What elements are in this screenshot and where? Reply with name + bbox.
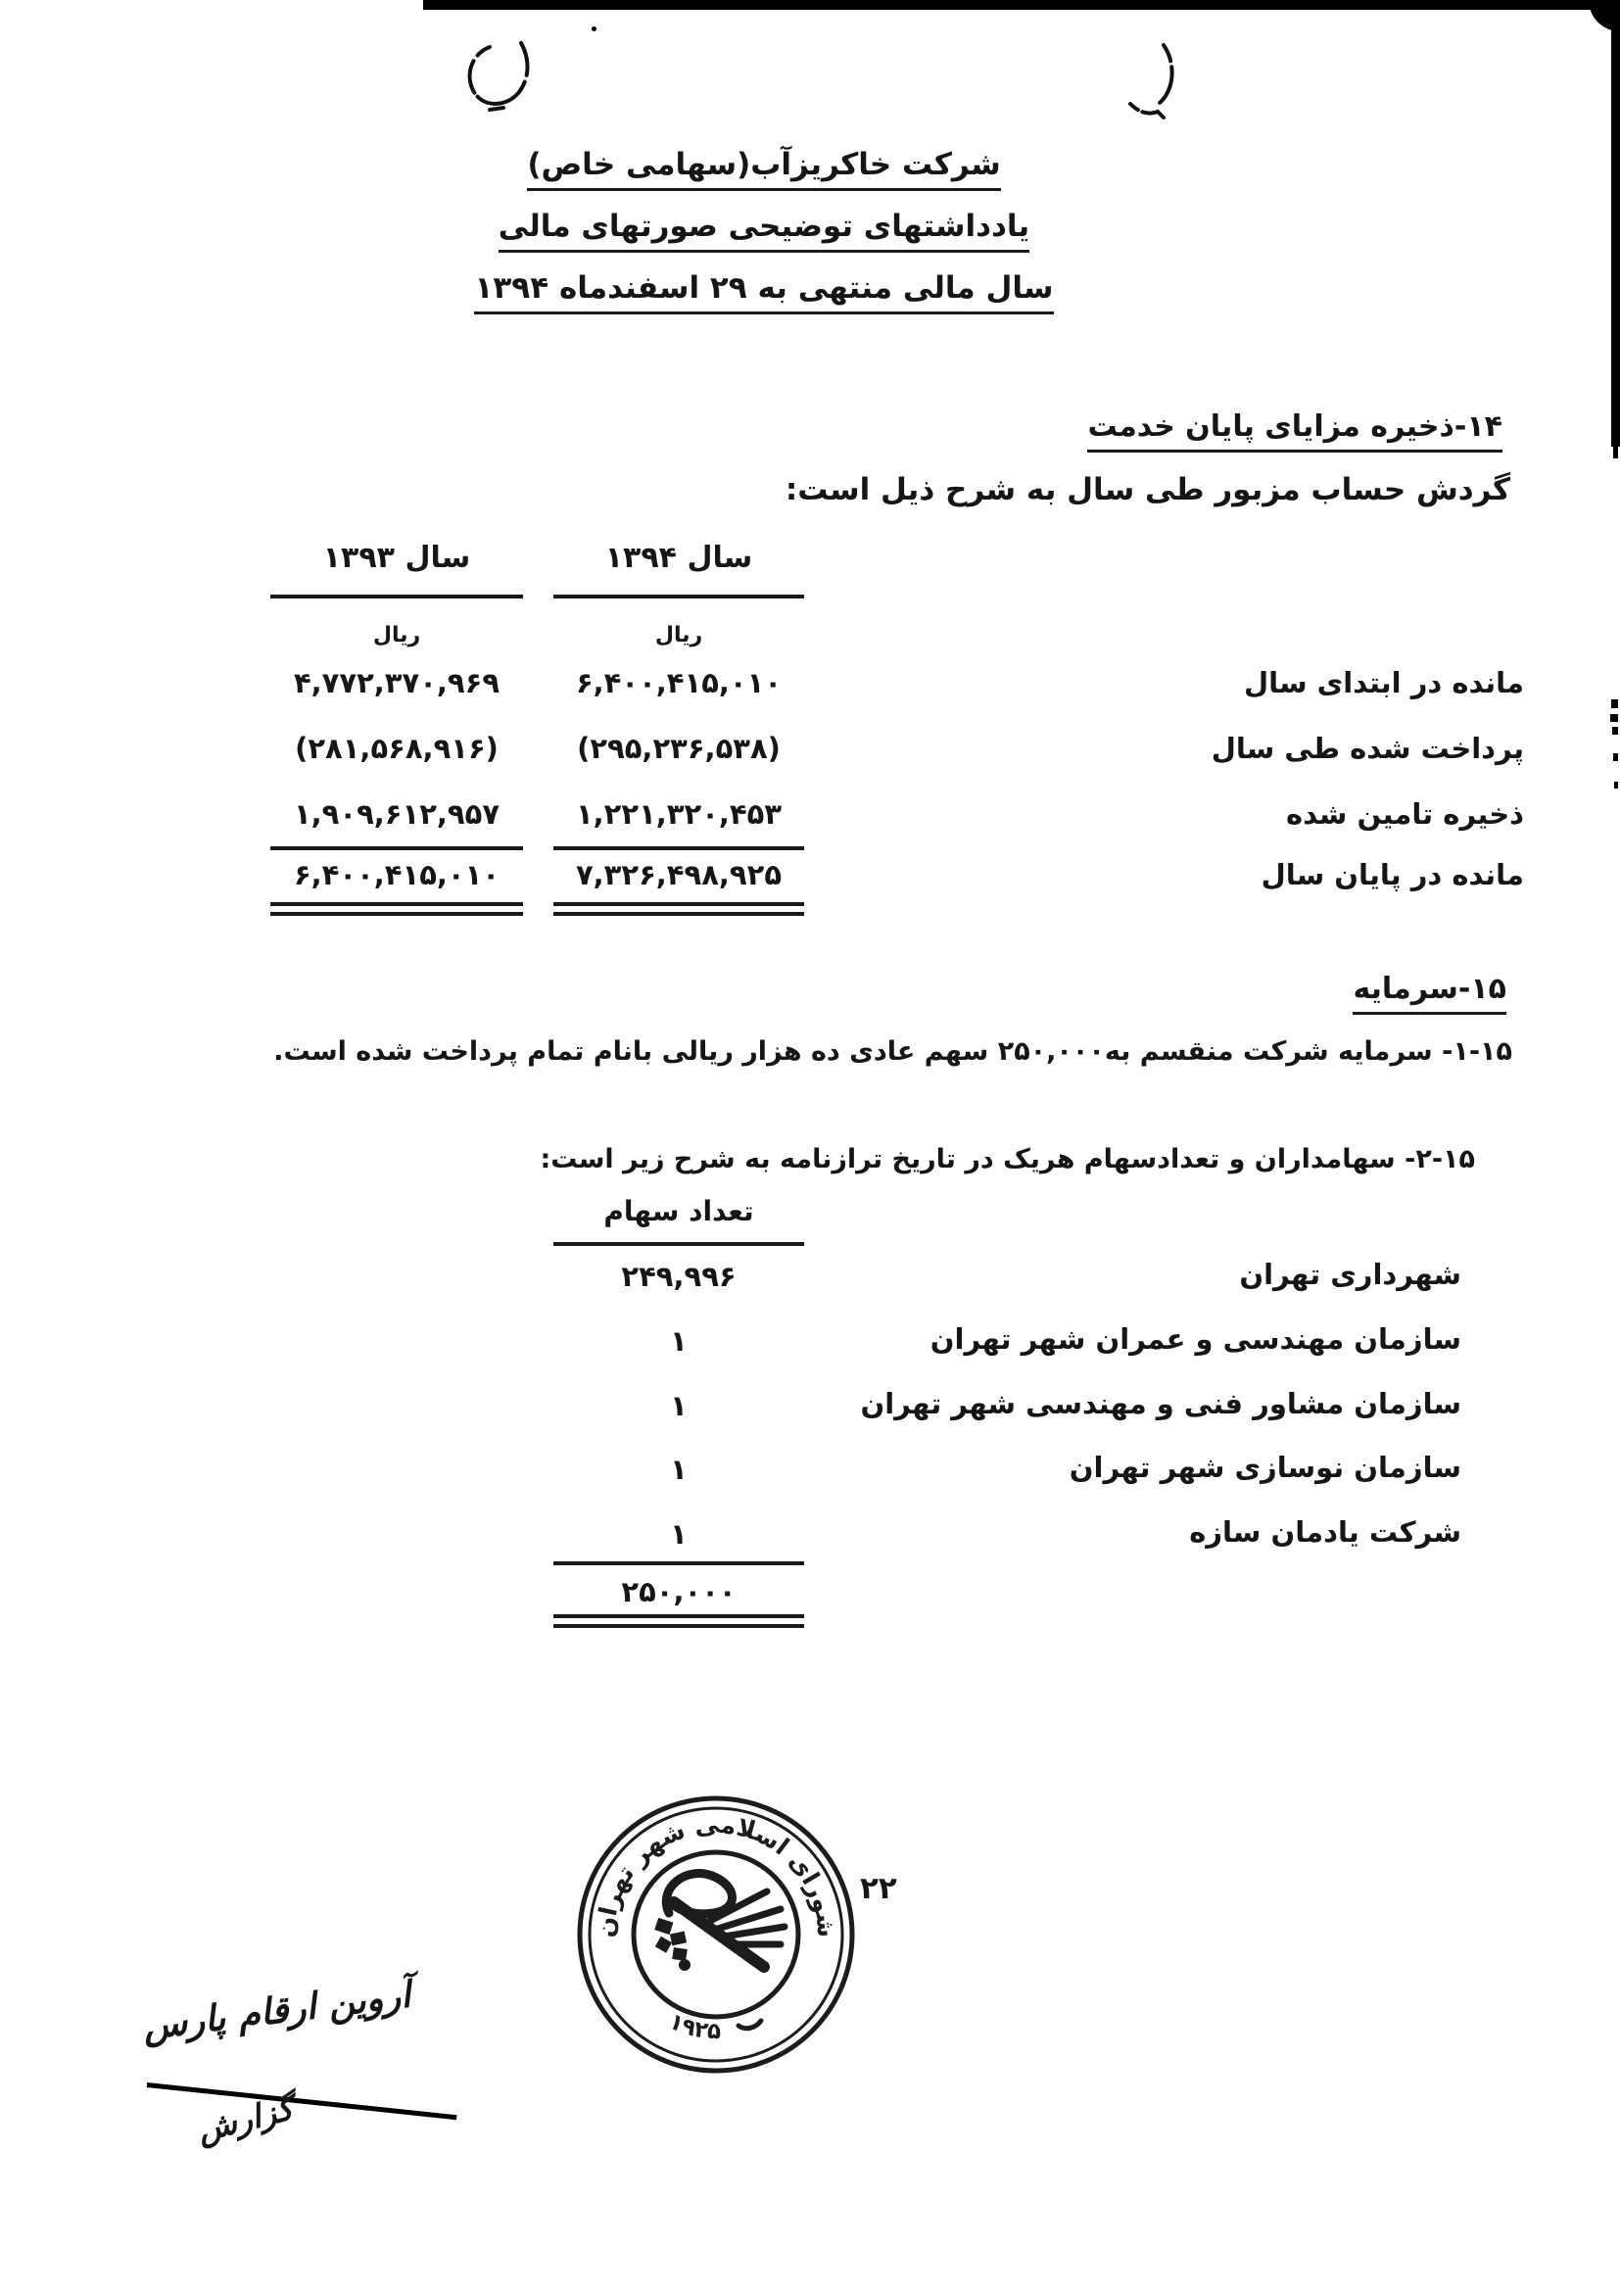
- total-double-rule-1393: [270, 912, 523, 916]
- shareholder-name: شرکت یادمان سازه: [1189, 1515, 1461, 1549]
- council-seal: شورای اسلامی شهر تهران ۱۹۲۵: [574, 1793, 858, 2077]
- ink-dot: [592, 26, 596, 31]
- note14-title: ۱۴-ذخیره مزایای پایان خدمت: [1087, 409, 1502, 453]
- subtotal-rule-1394: [553, 846, 804, 850]
- pen-scribble-mark: [1124, 39, 1183, 125]
- shareholder-name: سازمان نوسازی شهر تهران: [1070, 1451, 1461, 1484]
- pen-scribble-mark: [460, 29, 545, 118]
- shares-total-double-rule: [553, 1614, 804, 1618]
- scan-top-edge-band: [423, 0, 1620, 10]
- shareholder-shares: ۱: [553, 1453, 804, 1486]
- scan-right-edge-strip: [1611, 0, 1620, 447]
- row-label: مانده در پایان سال: [1262, 858, 1524, 891]
- note14-intro: گردش حساب مزبور طی سال به شرح ذیل است:: [786, 472, 1510, 507]
- note15-clause-2: ۲-۱۵- سهامداران و تعدادسهام هریک در تاری…: [540, 1144, 1475, 1174]
- shareholder-shares: ۱: [553, 1389, 804, 1422]
- column-header-1394: سال ۱۳۹۴: [553, 541, 804, 575]
- auditor-stamp-word: گزارش: [193, 2089, 297, 2150]
- scan-edge-dash: [1612, 727, 1618, 735]
- column-rule-1393: [270, 595, 523, 598]
- total-double-rule-1394: [553, 912, 804, 916]
- row-value-1394: ۷,۳۲۶,۴۹۸,۹۲۵: [553, 858, 804, 891]
- row-label: ذخیره تامین شده: [1286, 797, 1524, 831]
- row-value-1393: ۴,۷۷۲,۳۷۰,۹۶۹: [270, 666, 523, 699]
- column-header-1393: سال ۱۳۹۳: [270, 541, 523, 575]
- document-subtitle: یادداشتهای توضیحی صورتهای مالی: [499, 209, 1029, 253]
- scan-edge-notch: [1613, 447, 1618, 458]
- row-value-1393: ۱,۹۰۹,۶۱۲,۹۵۷: [270, 797, 523, 831]
- scan-edge-dash: [1610, 714, 1618, 722]
- seal-emblem-cluster: [654, 1918, 691, 1971]
- scan-edge-dash: [1611, 699, 1618, 708]
- row-label: پرداخت شده طی سال: [1212, 732, 1524, 765]
- document-header: شرکت خاکریزآب(سهامی خاص) یادداشتهای توضی…: [421, 147, 1107, 314]
- shares-total-rule: [553, 1561, 804, 1565]
- row-label: مانده در ابتدای سال: [1244, 666, 1524, 699]
- unit-label-1394: ریال: [553, 623, 804, 647]
- note14-title-wrap: ۱۴-ذخیره مزایای پایان خدمت: [1087, 409, 1502, 453]
- shareholder-shares: ۱: [553, 1517, 804, 1551]
- column-rule-1394: [553, 595, 804, 598]
- shares-column-header: تعداد سهام: [553, 1195, 804, 1227]
- shareholder-name: سازمان مشاور فنی و مهندسی شهر تهران: [860, 1387, 1461, 1420]
- row-value-1394: (۲۹۵,۲۳۶,۵۳۸): [553, 732, 804, 765]
- shareholder-name: شهرداری تهران: [1239, 1258, 1461, 1291]
- row-value-1393: (۲۸۱,۵۶۸,۹۱۶): [270, 732, 523, 765]
- shares-total: ۲۵۰,۰۰۰: [553, 1575, 804, 1608]
- company-name: شرکت خاکریزآب(سهامی خاص): [527, 147, 1000, 191]
- auditor-stamp-name: آروین ارقام پارس: [140, 1974, 412, 2048]
- shareholder-shares: ۱: [553, 1324, 804, 1358]
- total-double-rule-1393: [270, 902, 523, 906]
- shareholder-shares: ۲۴۹,۹۹۶: [553, 1260, 804, 1293]
- fiscal-period: سال مالی منتهی به ۲۹ اسفندماه ۱۳۹۴: [474, 270, 1053, 314]
- unit-label-1393: ریال: [270, 623, 523, 647]
- scan-edge-dash: [1614, 782, 1618, 789]
- page-number: ۲۲: [860, 1871, 897, 1906]
- note15-title: ۱۵-سرمایه: [1353, 972, 1506, 1015]
- row-value-1394: ۶,۴۰۰,۴۱۵,۰۱۰: [553, 666, 804, 699]
- note15-title-wrap: ۱۵-سرمایه: [1353, 972, 1506, 1015]
- note15-clause-1: ۱-۱۵- سرمایه شرکت منقسم به۲۵۰,۰۰۰ سهم عا…: [273, 1036, 1512, 1067]
- scan-corner-blob: [1589, 0, 1620, 31]
- scanned-financial-note-page: شرکت خاکریزآب(سهامی خاص) یادداشتهای توضی…: [0, 0, 1620, 2296]
- shareholder-name: سازمان مهندسی و عمران شهر تهران: [930, 1322, 1461, 1356]
- shares-total-double-rule: [553, 1624, 804, 1628]
- total-double-rule-1394: [553, 902, 804, 906]
- shares-header-rule: [553, 1242, 804, 1246]
- subtotal-rule-1393: [270, 846, 523, 850]
- row-value-1393: ۶,۴۰۰,۴۱۵,۰۱۰: [270, 858, 523, 891]
- row-value-1394: ۱,۲۲۱,۳۲۰,۴۵۳: [553, 797, 804, 831]
- scan-edge-dash: [1613, 753, 1618, 761]
